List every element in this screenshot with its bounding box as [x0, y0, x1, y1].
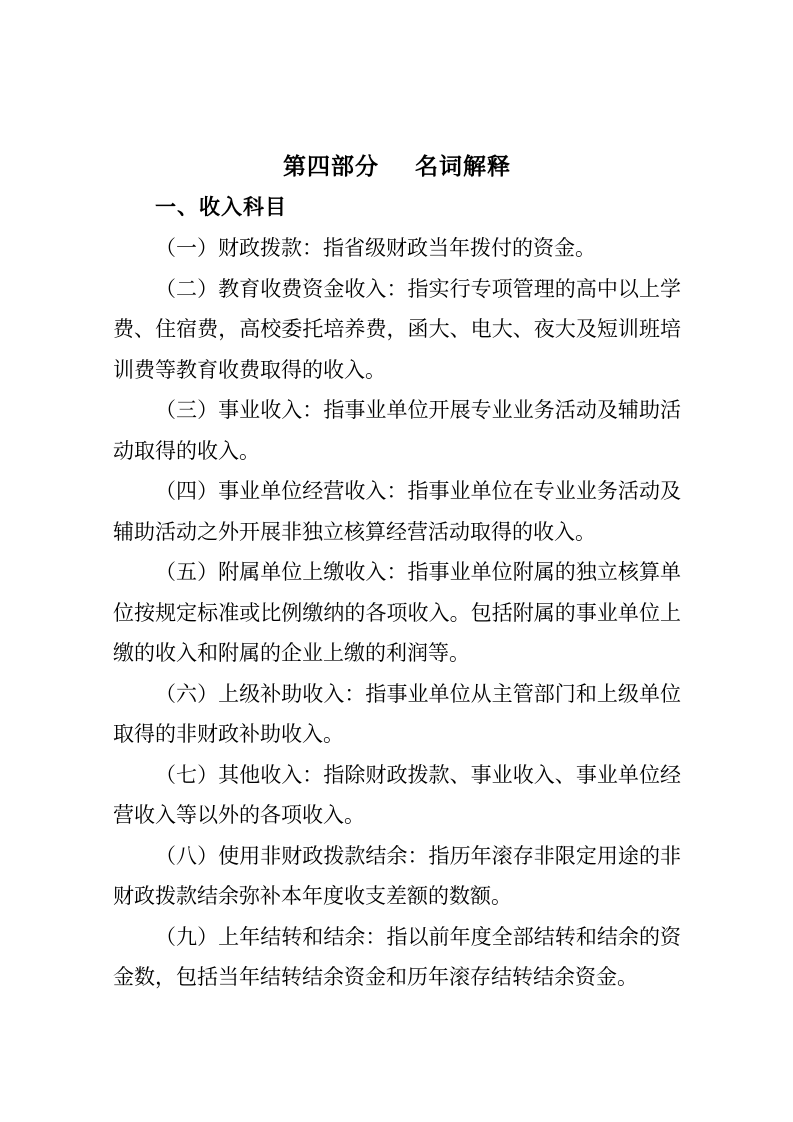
section-heading-income-items: 一、收入科目 [113, 187, 681, 228]
glossary-term-9: （九）上年结转和结余：指以前年度全部结转和结余的资金数，包括当年结转结余资金和历… [113, 917, 681, 998]
glossary-term-4: （四）事业单位经营收入：指事业单位在专业业务活动及辅助活动之外开展非独立核算经营… [113, 471, 681, 552]
glossary-term-3: （三）事业收入：指事业单位开展专业业务活动及辅助活动取得的收入。 [113, 390, 681, 471]
glossary-term-1: （一）财政拨款：指省级财政当年拨付的资金。 [113, 228, 681, 269]
glossary-term-2: （二）教育收费资金收入：指实行专项管理的高中以上学费、住宿费，高校委托培养费，函… [113, 269, 681, 391]
glossary-term-5: （五）附属单位上缴收入：指事业单位附属的独立核算单位按规定标准或比例缴纳的各项收… [113, 552, 681, 674]
page-title-part2: 名词解释 [415, 146, 511, 187]
glossary-term-7: （七）其他收入：指除财政拨款、事业收入、事业单位经营收入等以外的各项收入。 [113, 755, 681, 836]
glossary-term-6: （六）上级补助收入：指事业单位从主管部门和上级单位取得的非财政补助收入。 [113, 674, 681, 755]
page-title: 第四部分 名词解释 [113, 146, 681, 187]
page-title-part1: 第四部分 [283, 146, 379, 187]
document-page: 第四部分 名词解释 一、收入科目 （一）财政拨款：指省级财政当年拨付的资金。 （… [0, 0, 793, 1122]
glossary-term-8: （八）使用非财政拨款结余：指历年滚存非限定用途的非财政拨款结余弥补本年度收支差额… [113, 836, 681, 917]
